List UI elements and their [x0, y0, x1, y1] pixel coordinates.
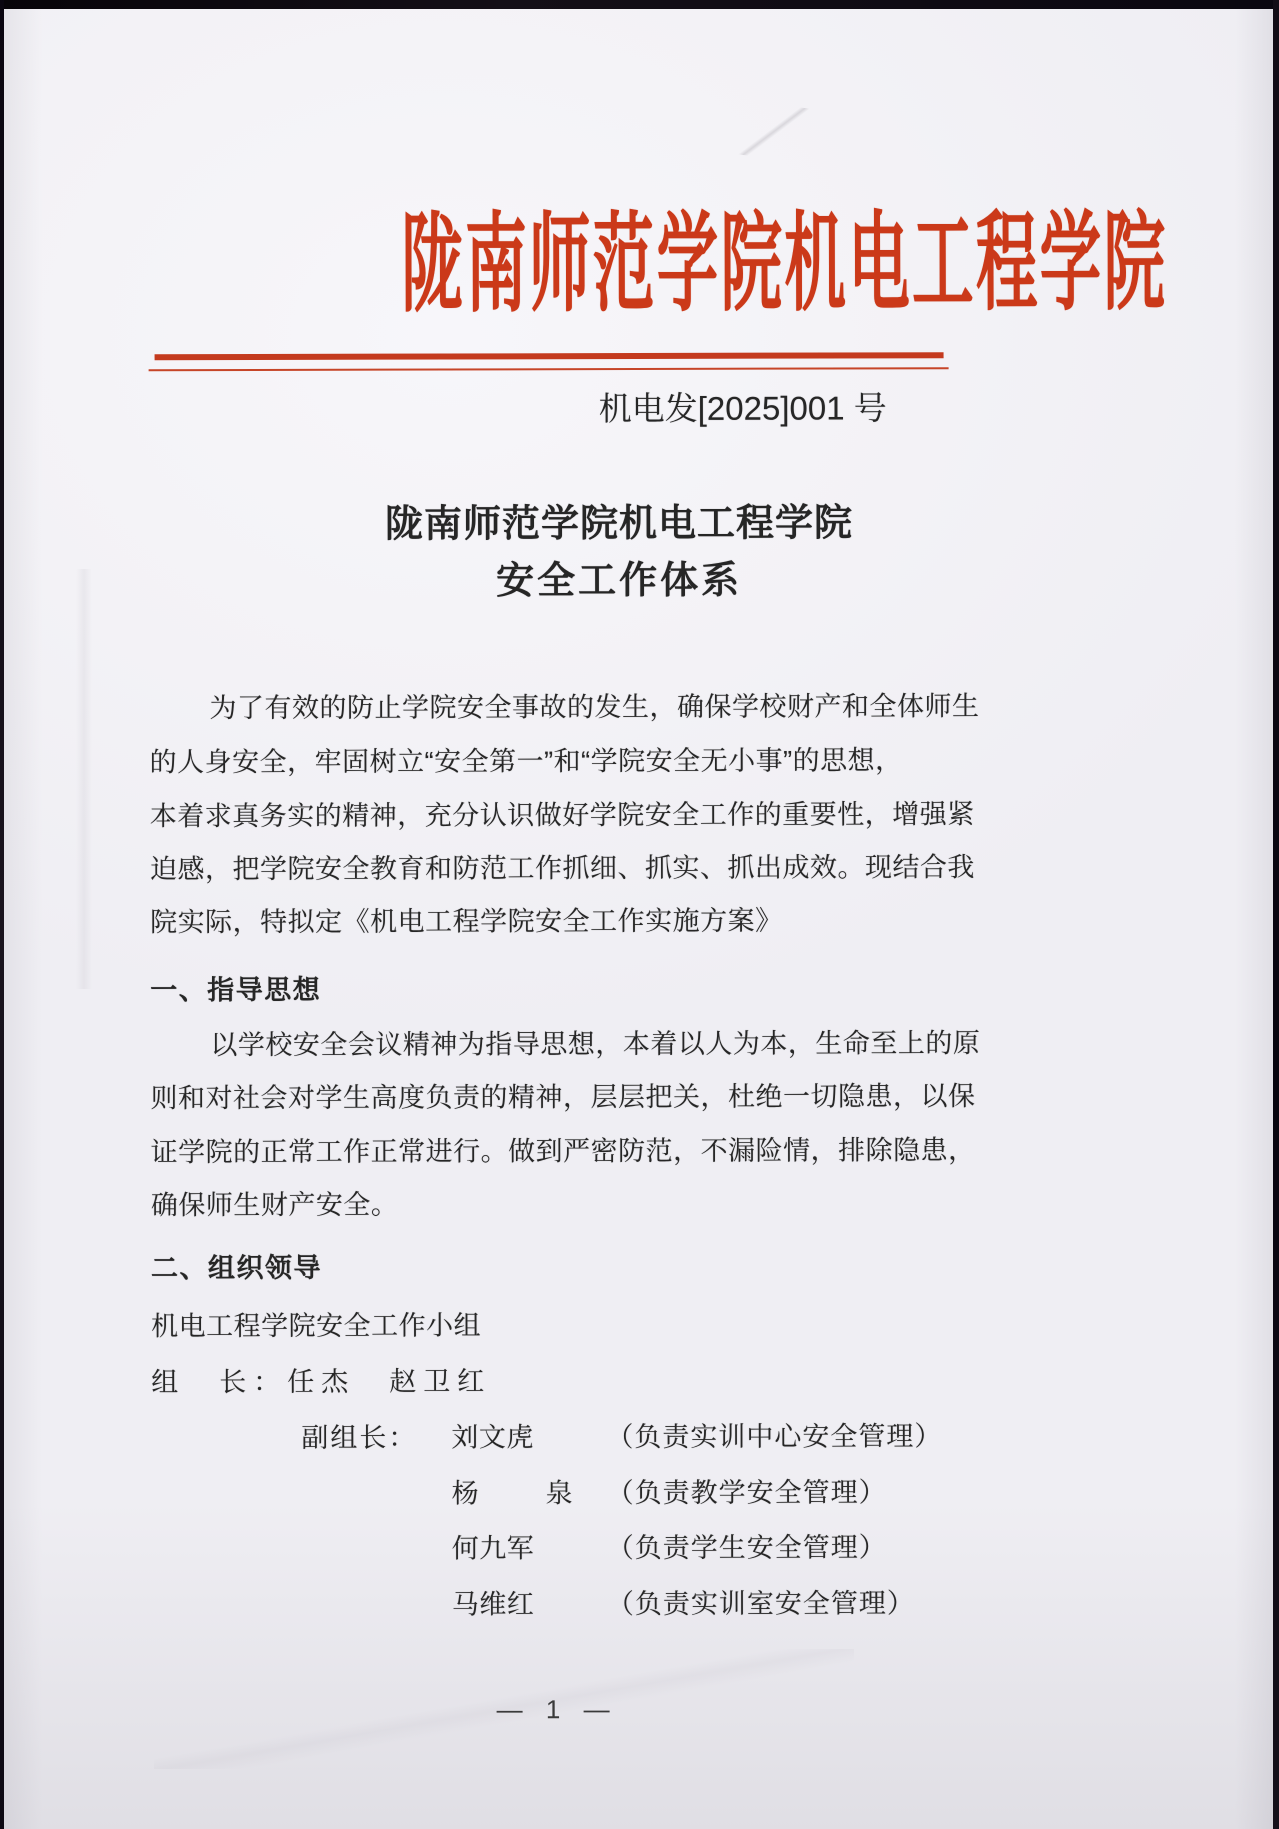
page-number: — 1 — [152, 1693, 962, 1726]
deputy-row: 马维红 （负责实训室安全管理） [152, 1586, 982, 1588]
deputy-name: 何九军 [452, 1531, 535, 1566]
document-photo: 陇南师范学院机电工程学院 机电发[2025]001 号 陇南师范学院机电工程学院… [0, 0, 1279, 1829]
deputy-duty: （负责学生安全管理） [607, 1530, 887, 1566]
paragraph1-line3: 本着求真务实的精神，充分认识做好学院安全工作的重要性，增强紧 [150, 797, 980, 834]
group-leader-line: 组 长：任杰 赵卫红 [151, 1363, 981, 1400]
red-rule-thick [155, 352, 944, 360]
document-title-line2: 安全工作体系 [149, 558, 1089, 606]
deputy-name: 刘文虎 [451, 1420, 534, 1455]
section-heading-1: 一、指导思想 [150, 971, 980, 1008]
paragraph1-line4: 迫感，把学院安全教育和防范工作抓细、抓实、抓出成效。现结合我 [150, 850, 980, 887]
deputy-label: 副组长： [301, 1421, 417, 1456]
deputy-row: 副组长： 刘文虎 （负责实训中心安全管理） [151, 1419, 981, 1421]
paragraph1-line5: 院实际，特拟定《机电工程学院安全工作实施方案》 [150, 903, 980, 940]
photo-edge-top [0, 0, 1279, 9]
deputy-name: 马维红 [452, 1587, 535, 1622]
section-heading-2: 二、组织领导 [151, 1249, 981, 1286]
deputy-row: 何九军 （负责学生安全管理） [152, 1530, 982, 1532]
deputy-name: 杨 泉 [452, 1476, 593, 1511]
deputy-row: 杨 泉 （负责教学安全管理） [152, 1475, 982, 1477]
paragraph1-line1: 为了有效的防止学院安全事故的发生，确保学校财产和全体师生 [149, 689, 1039, 726]
photo-edge-left [0, 0, 4, 1829]
deputy-duty: （负责实训室安全管理） [607, 1586, 915, 1622]
red-rule-thin [149, 367, 949, 371]
safety-group-title: 机电工程学院安全工作小组 [151, 1307, 981, 1344]
masthead-title: 陇南师范学院机电工程学院 [401, 204, 863, 324]
paragraph1-line2: 的人身安全，牢固树立“安全第一”和“学院安全无小事”的思想， [150, 743, 980, 780]
paragraph2-line1: 以学校安全会议精神为指导思想，本着以人为本，生命至上的原 [150, 1026, 1040, 1063]
paragraph2-line2: 则和对社会对学生高度负责的精神，层层把关，杜绝一切隐患，以保 [150, 1079, 980, 1116]
paragraph2-line3: 证学院的正常工作正常进行。做到严密防范，不漏险情，排除隐患， [151, 1133, 981, 1170]
document-content: 陇南师范学院机电工程学院 机电发[2025]001 号 陇南师范学院机电工程学院… [0, 0, 1279, 1829]
document-title-line1: 陇南师范学院机电工程学院 [149, 501, 1089, 549]
paragraph2-line4: 确保师生财产安全。 [151, 1186, 981, 1223]
deputy-duty: （负责实训中心安全管理） [606, 1419, 942, 1455]
photo-edge-right [1273, 0, 1279, 1829]
deputy-duty: （负责教学安全管理） [607, 1475, 887, 1511]
document-number: 机电发[2025]001 号 [599, 388, 887, 428]
